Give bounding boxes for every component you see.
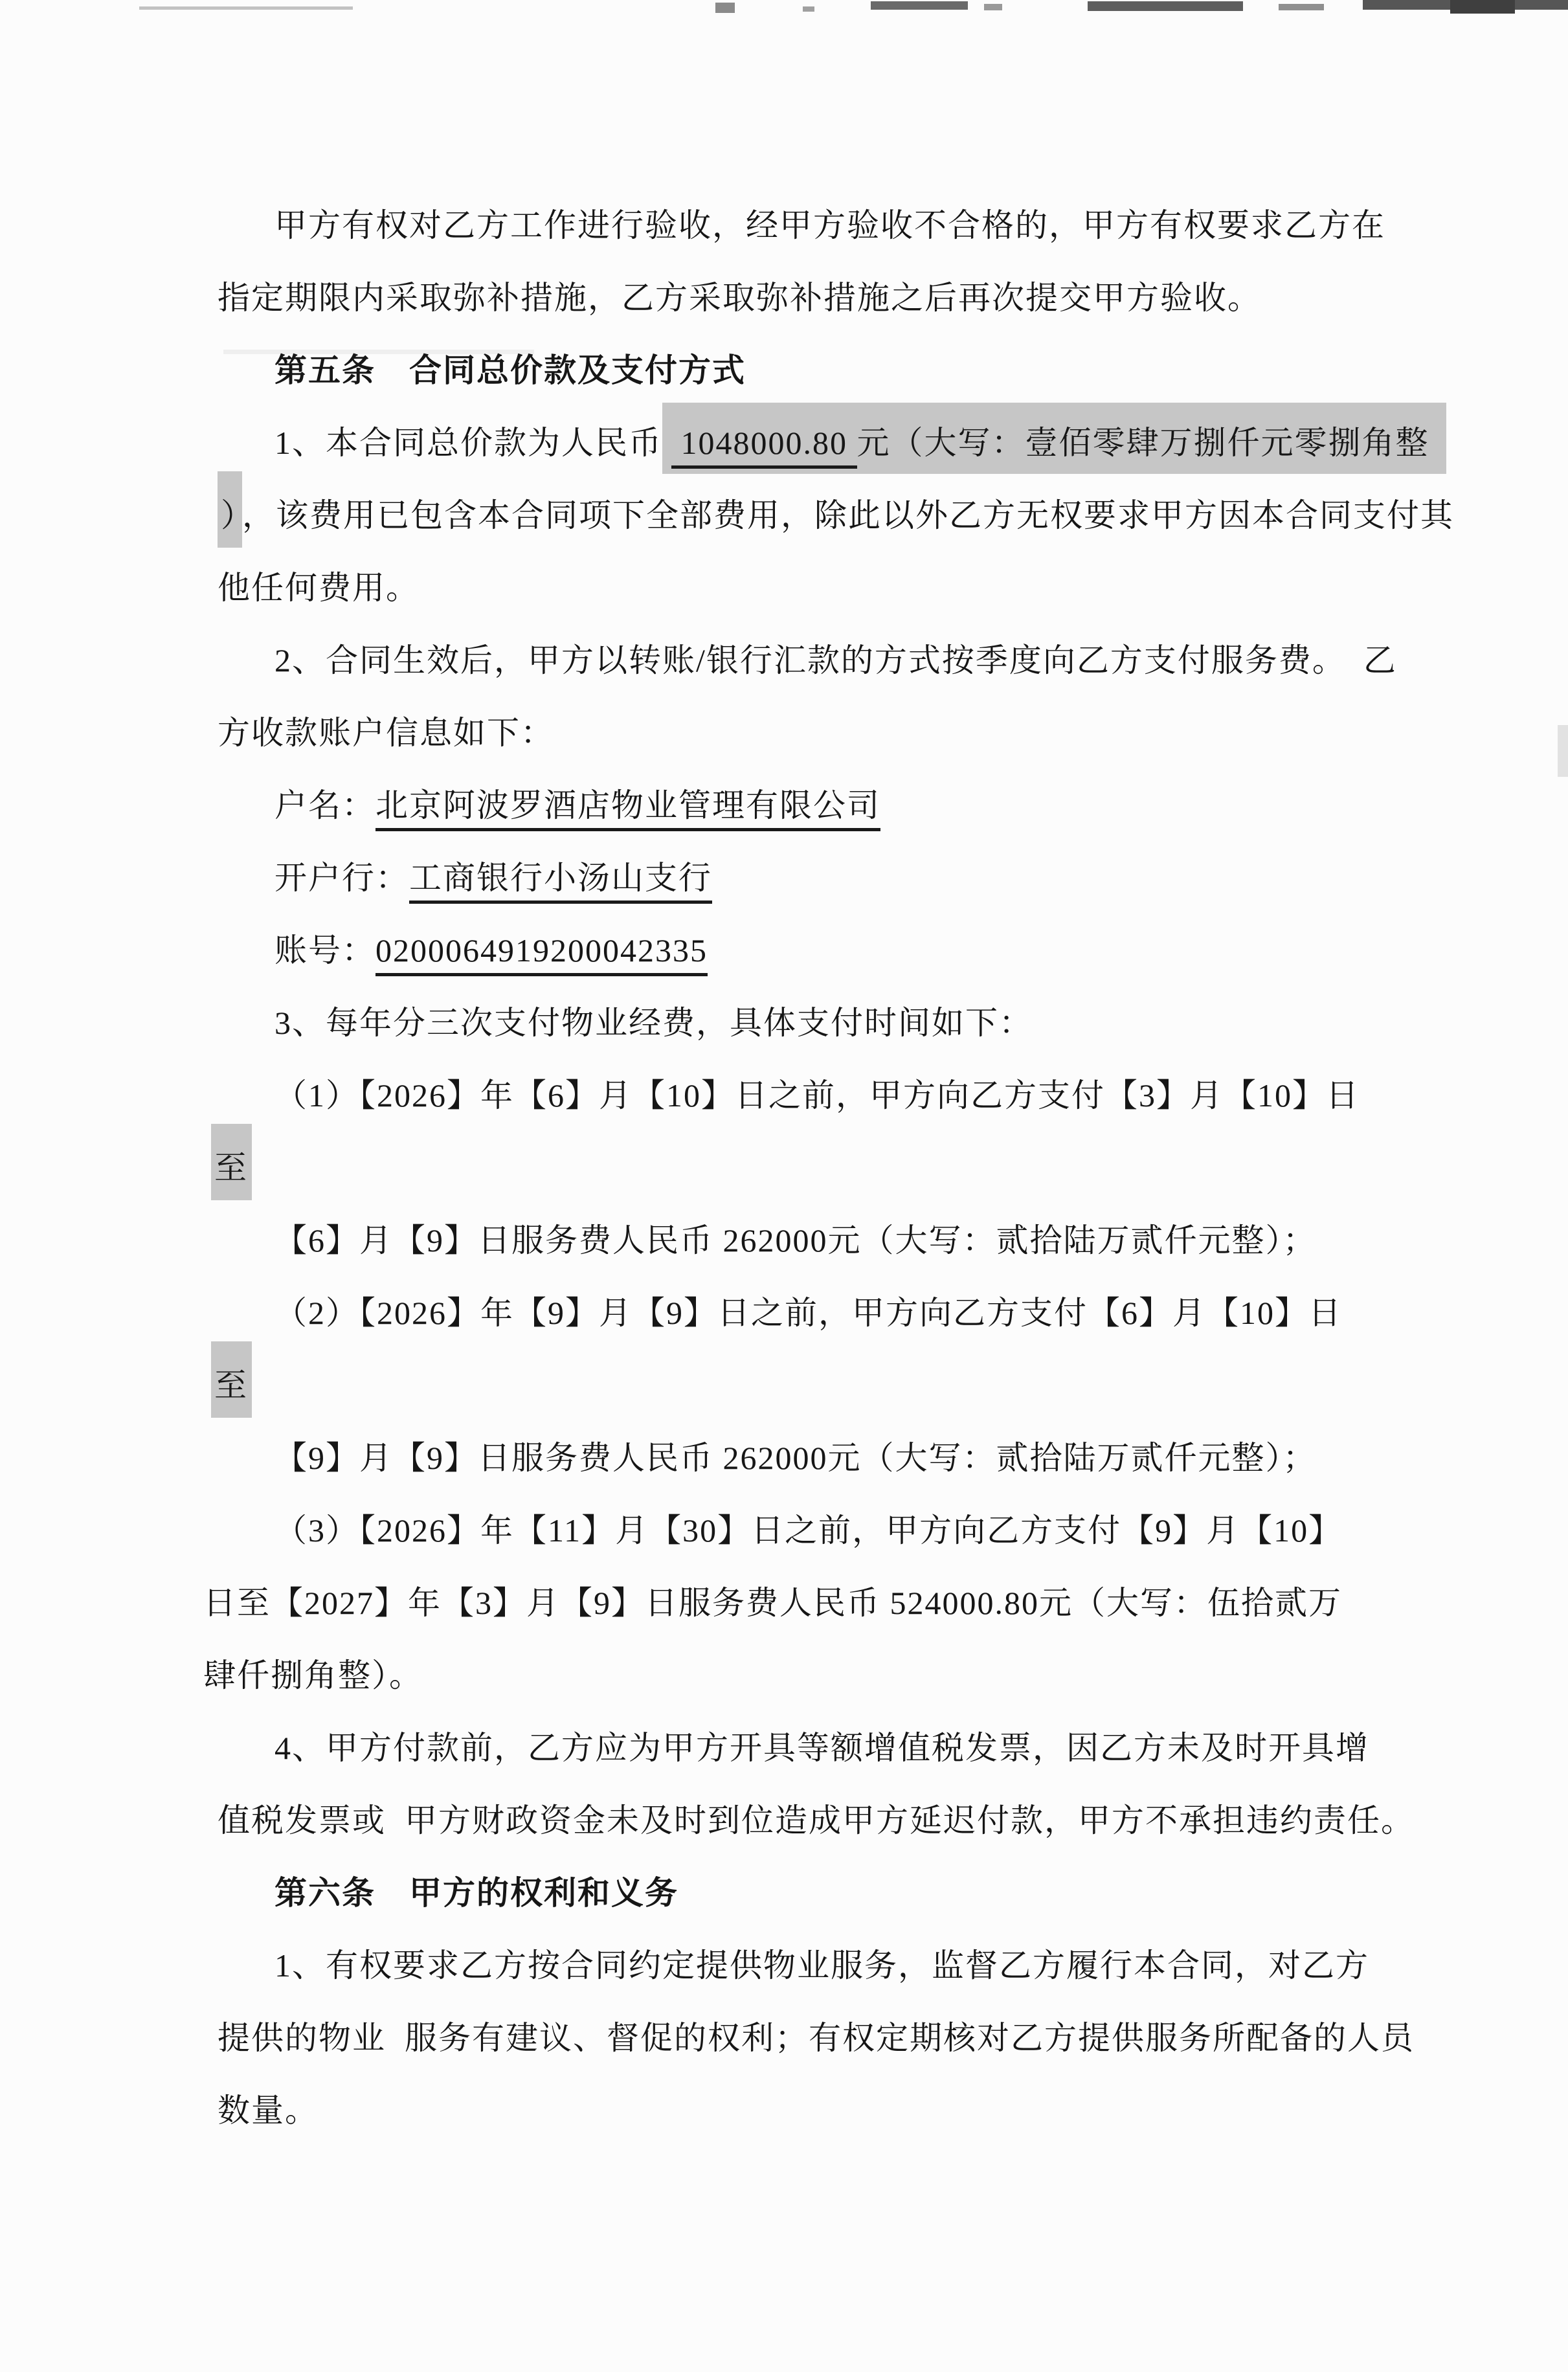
contract-line: 提供的物业 服务有建议、督促的权利；有权定期核对乙方提供服务所配备的人员	[0, 2002, 1568, 2074]
contract-line: 值税发票或 甲方财政资金未及时到位造成甲方延迟付款，甲方不承担违约责任。	[0, 1784, 1568, 1857]
payment-item-3: （3）【2026】年【11】月【30】日之前，甲方向乙方支付【9】月【10】	[0, 1494, 1568, 1567]
payment-item-1: （1）【2026】年【6】月【10】日之前，甲方向乙方支付【3】月【10】日	[0, 1059, 1568, 1132]
total-price-words: 元（大写：壹佰零肆万捌仟元零捌角整	[857, 425, 1429, 461]
contract-line: 3、每年分三次支付物业经费，具体支付时间如下：	[0, 987, 1568, 1059]
scan-artifact	[1279, 4, 1324, 10]
payment-item-2-amount: 【9】月【9】日服务费人民币 262000元（大写：贰拾陆万贰仟元整）；	[0, 1422, 1568, 1494]
bank-label: 开户行：	[274, 860, 409, 896]
scan-artifact	[1088, 1, 1243, 11]
contract-line: 指定期限内采取弥补措施，乙方采取弥补措施之后再次提交甲方验收。	[0, 262, 1568, 334]
acceptance-text: 指定期限内采取弥补措施，乙方采取弥补措施之后再次提交甲方验收。	[218, 280, 1261, 316]
contract-text: 甲方有权对乙方工作进行验收，经甲方验收不合格的，甲方有权要求乙方在 指定期限内采…	[0, 189, 1568, 2147]
highlighted-amount: 1048000.80 元（大写：壹佰零肆万捌仟元零捌角整	[662, 403, 1446, 474]
scan-artifact	[803, 6, 814, 12]
highlighted-zhi: 至	[211, 1341, 252, 1418]
article5-heading: 第五条 合同总价款及支付方式	[0, 334, 1568, 407]
total-price-value: 1048000.80	[671, 425, 857, 469]
scan-artifact	[1450, 0, 1515, 14]
scan-artifact	[715, 3, 735, 13]
total-price-prefix: 1、本合同总价款为人民币	[274, 425, 662, 461]
payment-item-2: （2）【2026】年【9】月【9】日之前，甲方向乙方支付【6】月【10】日	[0, 1277, 1568, 1349]
contract-line: 他任何费用。	[0, 552, 1568, 624]
contract-line: 数量。	[0, 2074, 1568, 2147]
contract-line: 4、甲方付款前，乙方应为甲方开具等额增值税发票，因乙方未及时开具增	[0, 1712, 1568, 1784]
contract-line: 1、本合同总价款为人民币 1048000.80 元（大写：壹佰零肆万捌仟元零捌角…	[0, 407, 1568, 479]
account-name-value: 北京阿波罗酒店物业管理有限公司	[375, 787, 880, 831]
contract-line: 甲方有权对乙方工作进行验收，经甲方验收不合格的，甲方有权要求乙方在	[0, 189, 1568, 262]
contract-scan-page: 甲方有权对乙方工作进行验收，经甲方验收不合格的，甲方有权要求乙方在 指定期限内采…	[0, 0, 1568, 2372]
scan-artifact	[984, 4, 1002, 10]
article6-heading: 第六条 甲方的权利和义务	[0, 1857, 1568, 1929]
bank-value: 工商银行小汤山支行	[409, 860, 712, 904]
payment-item-3-amount-tail: 肆仟捌角整）。	[0, 1639, 1568, 1712]
account-name-row: 户名：北京阿波罗酒店物业管理有限公司	[0, 769, 1568, 842]
contract-line: ），该费用已包含本合同项下全部费用，除此以外乙方无权要求甲方因本合同支付其	[0, 479, 1568, 552]
account-no-label: 账号：	[274, 932, 375, 968]
contract-line: 2、合同生效后，甲方以转账/银行汇款的方式按季度向乙方支付服务费。 乙	[0, 624, 1568, 697]
account-no-value: 0200064919200042335	[375, 932, 708, 976]
account-name-label: 户名：	[274, 787, 375, 823]
contract-line: 至	[0, 1349, 1568, 1422]
contract-line: 至	[0, 1132, 1568, 1204]
highlighted-zhi: 至	[211, 1124, 252, 1200]
contract-line: 1、有权要求乙方按合同约定提供物业服务，监督乙方履行本合同，对乙方	[0, 1929, 1568, 2002]
bank-row: 开户行：工商银行小汤山支行	[0, 842, 1568, 914]
scan-artifact	[139, 6, 353, 10]
payment-item-1-amount: 【6】月【9】日服务费人民币 262000元（大写：贰拾陆万贰仟元整）；	[0, 1204, 1568, 1277]
highlighted-bracket: ）	[218, 471, 242, 548]
scan-artifact	[871, 1, 968, 10]
contract-line: 方收款账户信息如下：	[0, 697, 1568, 769]
acceptance-text: 甲方有权对乙方工作进行验收，经甲方验收不合格的，甲方有权要求乙方在	[274, 207, 1385, 243]
payment-item-3-amount: 日至【2027】年【3】月【9】日服务费人民币 524000.80元（大写：伍拾…	[0, 1567, 1568, 1639]
account-no-row: 账号：0200064919200042335	[0, 914, 1568, 987]
